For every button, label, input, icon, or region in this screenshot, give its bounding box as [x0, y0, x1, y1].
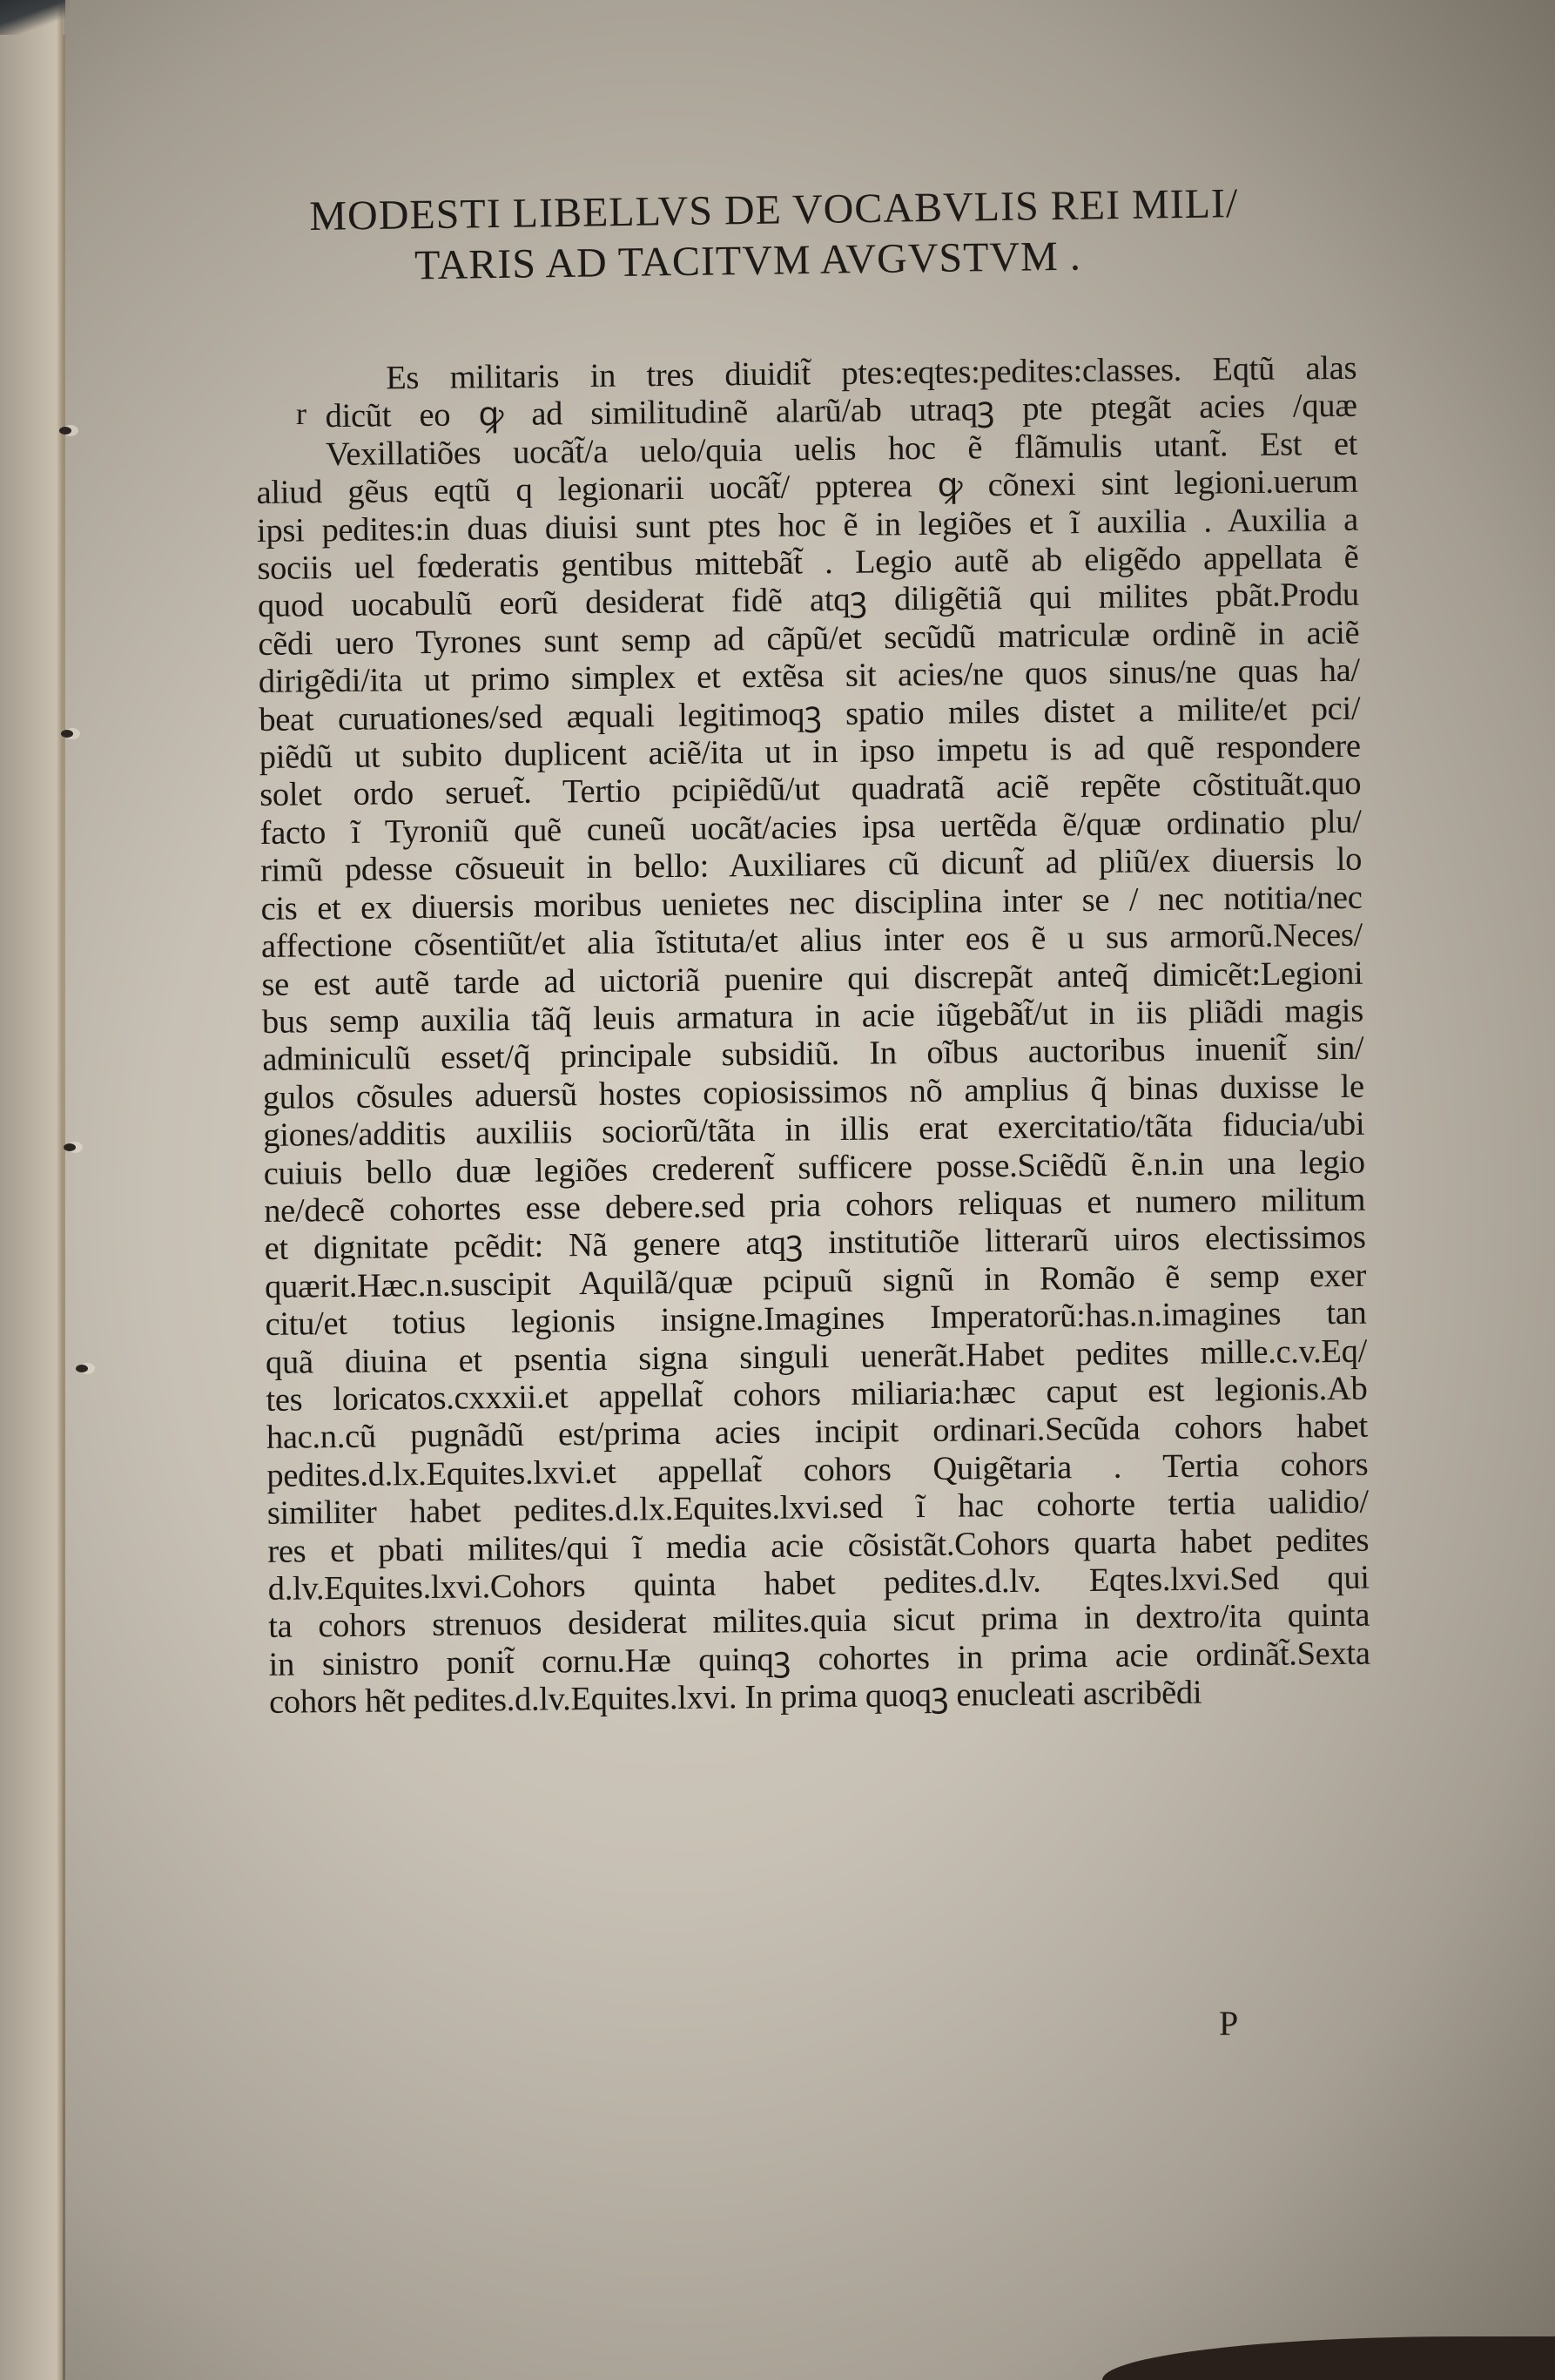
sewing-hole-mark [64, 1143, 76, 1151]
binding-gutter [63, 35, 65, 2380]
facing-page-edge [0, 0, 63, 2380]
binding-shadow [0, 0, 70, 35]
body-text: Es militaris in tres diuidit̃ ptes:eqtes… [255, 350, 1370, 1723]
sewing-hole-mark [59, 427, 71, 435]
sewing-hole-mark [61, 730, 73, 738]
sewing-hole-mark [76, 1365, 88, 1372]
chapter-heading: MODESTI LIBELLVS DE VOCABVLIS REI MILI/ … [309, 177, 1356, 293]
signature-mark: P [1219, 2003, 1238, 2044]
